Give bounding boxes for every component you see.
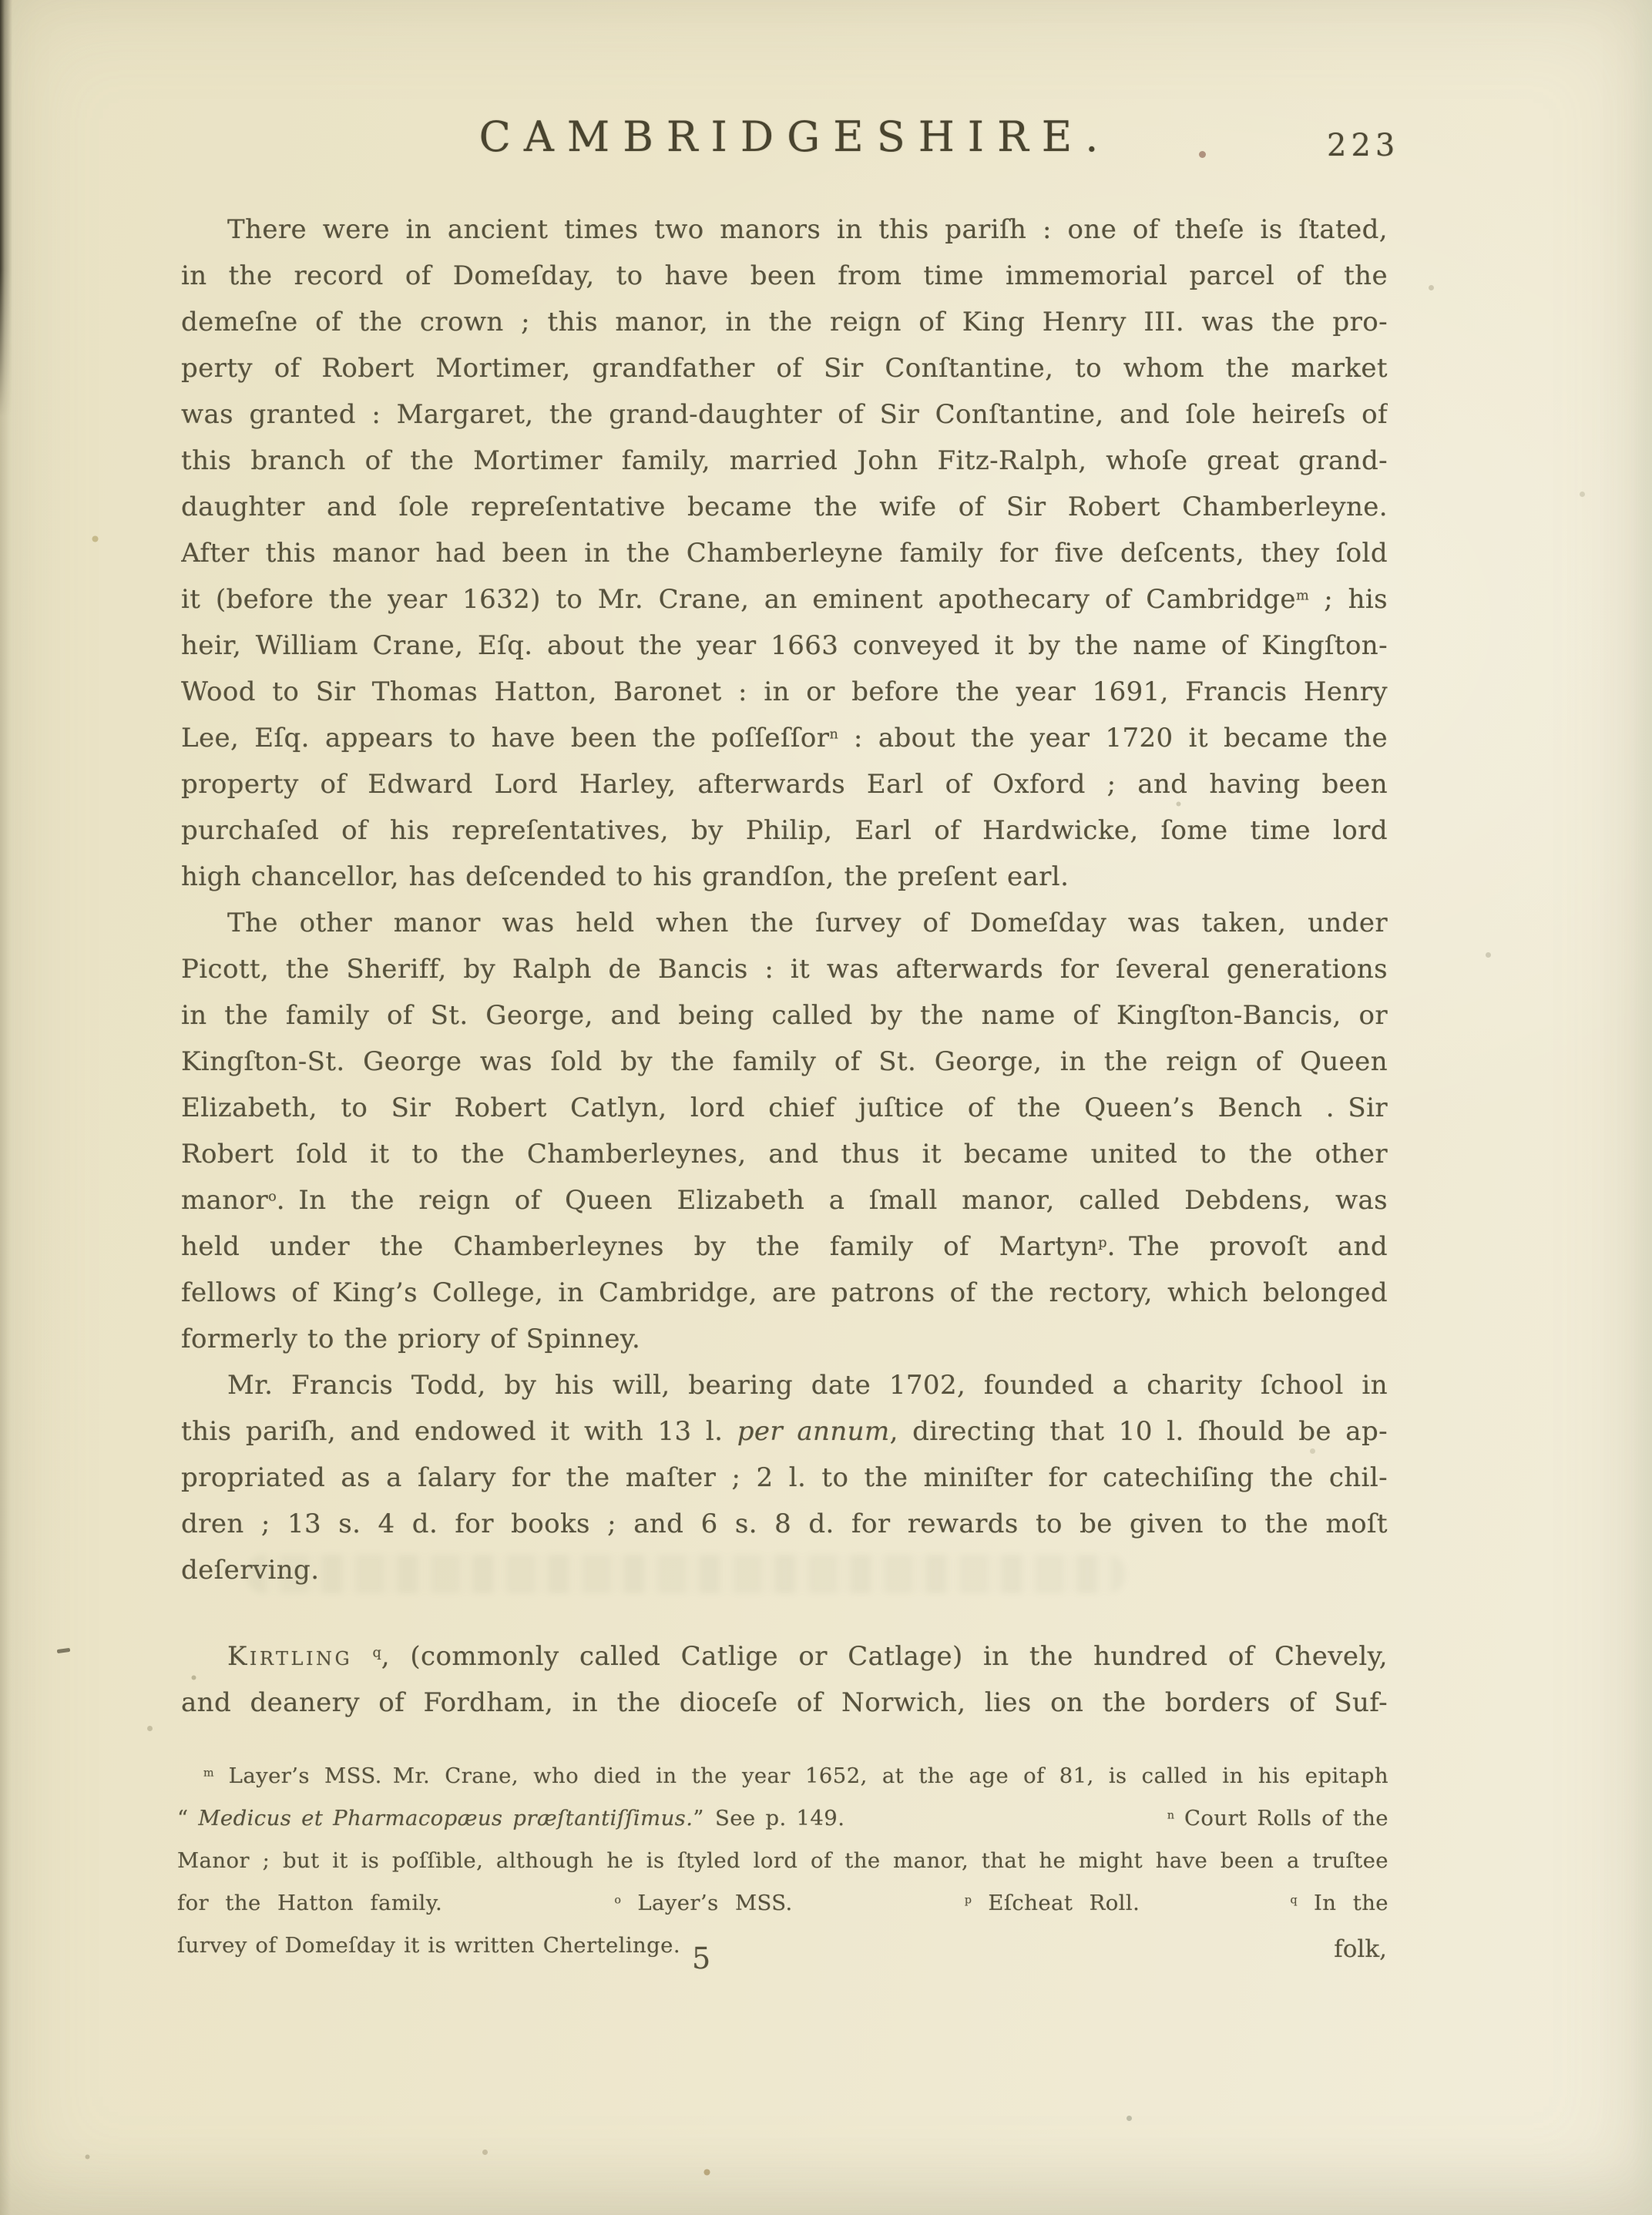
- text-line: perty of Robert Mortimer, grandfather of…: [181, 345, 1388, 391]
- text-line: Wood to Sir Thomas Hatton, Baronet : in …: [181, 669, 1388, 715]
- text-line: m Layer’s MSS. Mr. Crane, who died in th…: [177, 1755, 1388, 1797]
- margin-mark: [57, 1648, 71, 1653]
- scanned-page: CAMBRIDGESHIRE. 223 There were in ancien…: [0, 0, 1652, 2215]
- paragraph: The other manor was held when the ſurvey…: [181, 900, 1388, 1362]
- text-line: this branch of the Mortimer family, marr…: [181, 438, 1388, 484]
- text-line: “ Medicus et Pharmacopæus præſtantiſſimu…: [177, 1797, 1388, 1840]
- footnotes: m Layer’s MSS. Mr. Crane, who died in th…: [177, 1755, 1388, 1967]
- text-line: Lee, Eſq. appears to have been the poſſe…: [181, 715, 1388, 761]
- signature-mark: 5: [692, 1941, 710, 1975]
- text-line: demeſne of the crown ; this manor, in th…: [181, 299, 1388, 345]
- body-text: There were in ancient times two manors i…: [181, 206, 1388, 1726]
- text-line: high chancellor, has deſcended to his gr…: [181, 854, 1388, 900]
- paragraph: m Layer’s MSS. Mr. Crane, who died in th…: [177, 1755, 1388, 1967]
- text-line: it (before the year 1632) to Mr. Crane, …: [181, 576, 1388, 623]
- text-line: in the family of St. George, and being c…: [181, 992, 1388, 1039]
- scan-edge-highlight: [1632, 0, 1652, 2215]
- text-line: Elizabeth, to Sir Robert Catlyn, lord ch…: [181, 1085, 1388, 1131]
- text-line: and deanery of Fordham, in the dioceſe o…: [181, 1680, 1388, 1726]
- text-line: in the record of Domeſday, to have been …: [181, 253, 1388, 299]
- text-line: purchaſed of his repreſentatives, by Phi…: [181, 807, 1388, 854]
- text-line: daughter and ſole repreſentative became …: [181, 484, 1388, 530]
- text-line: propriated as a ſalary for the maſter ; …: [181, 1455, 1388, 1501]
- text-line: manoro. In the reign of Queen Elizabeth …: [181, 1177, 1388, 1223]
- text-line: ſurvey of Domeſday it is written Chertel…: [177, 1925, 1388, 1967]
- catchword: folk,: [1334, 1935, 1387, 1963]
- text-line: The other manor was held when the ſurvey…: [181, 900, 1388, 946]
- text-line: There were in ancient times two manors i…: [181, 206, 1388, 253]
- text-line: property of Edward Lord Harley, afterwar…: [181, 761, 1388, 807]
- text-line: Picott, the Sheriff, by Ralph de Bancis …: [181, 946, 1388, 992]
- text-line: for the Hatton family. o Layer’s MSS. p …: [177, 1882, 1388, 1925]
- paper-speckles: [0, 0, 2, 2]
- paragraph: Kirtling q, (commonly called Catlige or …: [181, 1633, 1388, 1726]
- text-line: Kingſton-St. George was ſold by the fami…: [181, 1039, 1388, 1085]
- text-line: After this manor had been in the Chamber…: [181, 530, 1388, 576]
- page-number: 223: [1327, 128, 1399, 163]
- text-line: Mr. Francis Todd, by his will, bearing d…: [181, 1362, 1388, 1408]
- text-line: heir, William Crane, Eſq. about the year…: [181, 623, 1388, 669]
- text-line: formerly to the priory of Spinney.: [181, 1316, 1388, 1362]
- text-line: fellows of King’s College, in Cambridge,…: [181, 1270, 1388, 1316]
- text-line: was granted : Margaret, the grand-daught…: [181, 391, 1388, 438]
- text-line: Kirtling q, (commonly called Catlige or …: [181, 1633, 1388, 1680]
- text-line: Manor ; but it is poſſible, although he …: [177, 1840, 1388, 1882]
- text-line: Robert ſold it to the Chamberleynes, and…: [181, 1131, 1388, 1177]
- text-line: this pariſh, and endowed it with 13 l. p…: [181, 1408, 1388, 1455]
- paragraph: There were in ancient times two manors i…: [181, 206, 1388, 900]
- text-line: held under the Chamberleynes by the fami…: [181, 1223, 1388, 1270]
- text-line: dren ; 13 s. 4 d. for books ; and 6 s. 8…: [181, 1501, 1388, 1547]
- show-through-artifact: [247, 1555, 1125, 1593]
- scan-edge-shadow: [0, 0, 11, 2215]
